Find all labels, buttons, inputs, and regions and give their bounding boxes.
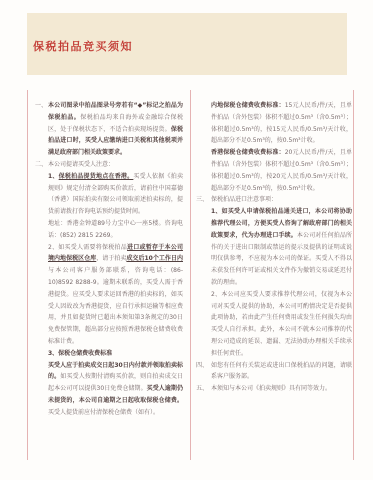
item-number <box>196 206 211 289</box>
paragraph: 四、如您有任何有关装运或进出口保税拍品的问题，请联系客户服务部。 <box>196 360 352 384</box>
left-column: 一、本公司图录中拍品图录号旁若有“◆”标记之拍品为保税拍品。保税拍品均来自海外或… <box>35 100 183 419</box>
item-number: 二、 <box>35 159 48 171</box>
column-rule-right <box>353 90 354 460</box>
text-segment: 如您有任何有关装运或进出口保税拍品的问题，请联系客户服务部。 <box>211 362 352 381</box>
item-number <box>35 218 48 242</box>
paragraph-text: 1、如买受人申请保税拍品通关进口，本公司将协助推荐代理公司，方便买受人咨询了解政… <box>211 206 352 289</box>
page-title: 保税拍品竞买须知 <box>27 34 133 54</box>
text-segment: 本公司对任何拍品所作的关于进出口限制或禁运的提示及提供的证明或说明仅供参考，不应… <box>211 232 352 286</box>
text-segment: 2、如买受人需要将保税拍品 <box>48 244 127 251</box>
item-number: 五、 <box>196 383 211 395</box>
paragraph: 三、保税拍品进口注意事项： <box>196 194 352 206</box>
paragraph-text: 如您有任何有关装运或进出口保税拍品的问题，请联系客户服务部。 <box>211 360 352 384</box>
text-segment: 本公司提请买受人注意： <box>48 161 114 168</box>
paragraph-text: 内地保税仓储费收费标准：15元人民币/件/天，且单件拍品（含外包装）体积不超过0… <box>211 100 352 147</box>
text-segment: 与本公司客户服务部联系，咨询电话：(86-10)8592 8288-9。逾期未联… <box>48 267 183 345</box>
paragraph-text: 2、本公司应买受人要求推荐代理公司，仅视为本公司对买受人提供的协助，本公司可酌情… <box>211 289 352 360</box>
text-segment: 内地保税仓储费收费标准： <box>211 102 285 109</box>
text-segment: 成交后10个工作日内 <box>126 255 183 262</box>
item-number <box>196 289 211 360</box>
paragraph-text: 香港保税仓储费收费标准：20元人民币/件/天，且单件拍品（含外包装）体积不超过0… <box>211 147 352 194</box>
title-banner: 保税拍品竞买须知 <box>27 13 347 75</box>
item-number <box>35 348 48 360</box>
paragraph: 内地保税仓储费收费标准：15元人民币/件/天，且单件拍品（含外包装）体积不超过0… <box>196 100 352 147</box>
item-number <box>196 100 211 147</box>
item-number: 四、 <box>196 360 211 384</box>
item-number: 一、 <box>35 100 48 159</box>
item-number <box>35 171 48 218</box>
right-column: 内地保税仓储费收费标准：15元人民币/件/天，且单件拍品（含外包装）体积不超过0… <box>196 100 352 395</box>
paragraph: 香港保税仓储费收费标准：20元人民币/件/天，且单件拍品（含外包装）体积不超过0… <box>196 147 352 194</box>
text-segment: 1、 <box>48 173 59 180</box>
paragraph-text: 保税拍品进口注意事项： <box>211 194 352 206</box>
paragraph: 2、本公司应买受人要求推荐代理公司，仅视为本公司对买受人提供的协助，本公司可酌情… <box>196 289 352 360</box>
paragraph: 五、本须知与本公司《拍卖规则》具有同等效力。 <box>196 383 352 395</box>
text-segment: ，请于拍卖 <box>96 255 126 262</box>
item-number <box>35 242 48 348</box>
paragraph-text: 本公司图录中拍品图录号旁若有“◆”标记之拍品为保税拍品。保税拍品均来自海外或金融… <box>48 100 183 159</box>
item-number <box>196 147 211 194</box>
text-segment: 买受人提货前应付清保税仓储费（如有）。 <box>48 409 159 416</box>
paragraph: 二、本公司提请买受人注意： <box>35 159 183 171</box>
paragraph: 3、保税仓储费收费标准 <box>35 348 183 360</box>
paragraph: 2、如买受人需要将保税拍品进口或暂存于本公司境内地保税区仓库，请于拍卖成交后10… <box>35 242 183 348</box>
paragraph: 地址：香港金钟道89号力宝中心一座5楼。咨询电话：(852) 2815 2269… <box>35 218 183 242</box>
column-rule-middle <box>190 90 191 460</box>
paragraph-text: 2、如买受人需要将保税拍品进口或暂存于本公司境内地保税区仓库，请于拍卖成交后10… <box>48 242 183 348</box>
paragraph: 一、本公司图录中拍品图录号旁若有“◆”标记之拍品为保税拍品。保税拍品均来自海外或… <box>35 100 183 159</box>
text-segment: 2、本公司应买受人要求推荐代理公司，仅视为本公司对买受人提供的协助，本公司可酌情… <box>211 291 352 357</box>
paragraph-text: 买受人应于拍卖成交日起30日内付款并领取拍卖标的。如买受人按期付清购买价款，则自… <box>48 360 183 419</box>
text-segment: 保税拍品进口注意事项： <box>211 196 277 203</box>
text-segment: 保税拍品提货地点在香港。 <box>59 173 134 180</box>
paragraph: 买受人应于拍卖成交日起30日内付款并领取拍卖标的。如买受人按期付清购买价款，则自… <box>35 360 183 419</box>
text-segment: 本须知与本公司《拍卖规则》具有同等效力。 <box>211 385 331 392</box>
text-segment: 3、保税仓储费收费标准 <box>48 350 112 357</box>
document-page: 保税拍品竞买须知 一、本公司图录中拍品图录号旁若有“◆”标记之拍品为保税拍品。保… <box>0 0 373 480</box>
paragraph-text: 本须知与本公司《拍卖规则》具有同等效力。 <box>211 383 352 395</box>
paragraph-text: 3、保税仓储费收费标准 <box>48 348 183 360</box>
text-segment: 地址：香港金钟道89号力宝中心一座5楼。咨询电话：(852) 2815 2269… <box>48 220 183 239</box>
paragraph: 1、如买受人申请保税拍品通关进口，本公司将协助推荐代理公司，方便买受人咨询了解政… <box>196 206 352 289</box>
text-segment: 香港保税仓储费收费标准： <box>211 149 285 156</box>
paragraph-text: 地址：香港金钟道89号力宝中心一座5楼。咨询电话：(852) 2815 2269… <box>48 218 183 242</box>
item-number: 三、 <box>196 194 211 206</box>
column-rule-left <box>27 90 28 460</box>
paragraph: 1、保税拍品提货地点在香港。买受人依据《拍卖规则》规定付清全部购买价款后，请前往… <box>35 171 183 218</box>
paragraph-text: 本公司提请买受人注意： <box>48 159 183 171</box>
paragraph-text: 1、保税拍品提货地点在香港。买受人依据《拍卖规则》规定付清全部购买价款后，请前往… <box>48 171 183 218</box>
item-number <box>35 360 48 419</box>
